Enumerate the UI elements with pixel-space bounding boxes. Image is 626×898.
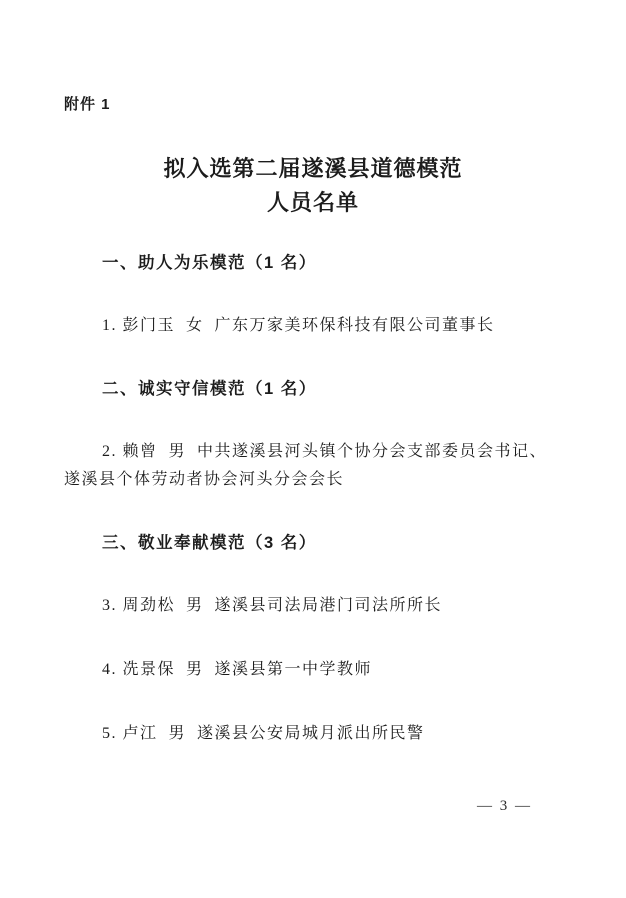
document-title: 拟入选第二届遂溪县道德模范 人员名单 [64, 152, 562, 220]
section-heading-helpfulness: 一、助人为乐模范（1 名） [64, 250, 562, 276]
document-title-line2: 人员名单 [64, 186, 562, 220]
section-heading-honesty: 二、诚实守信模范（1 名） [64, 376, 562, 402]
list-item-line: 2. 赖曾 男 中共遂溪县河头镇个协分会支部委员会书记、 [64, 438, 562, 466]
list-item-line: 4. 冼景保 男 遂溪县第一中学教师 [64, 656, 562, 684]
list-item-line: 遂溪县个体劳动者协会河头分会会长 [64, 466, 562, 494]
list-item-line: 5. 卢江 男 遂溪县公安局城月派出所民警 [64, 720, 562, 748]
list-item: 3. 周劲松 男 遂溪县司法局港门司法所所长 [64, 592, 562, 620]
list-item-line: 1. 彭门玉 女 广东万家美环保科技有限公司董事长 [64, 312, 562, 340]
section-heading-dedication: 三、敬业奉献模范（3 名） [64, 530, 562, 556]
list-item: 4. 冼景保 男 遂溪县第一中学教师 [64, 656, 562, 684]
list-item: 2. 赖曾 男 中共遂溪县河头镇个协分会支部委员会书记、 遂溪县个体劳动者协会河… [64, 438, 562, 494]
list-item-line: 3. 周劲松 男 遂溪县司法局港门司法所所长 [64, 592, 562, 620]
document-page: 附件 1 拟入选第二届遂溪县道德模范 人员名单 一、助人为乐模范（1 名） 1.… [0, 0, 626, 898]
list-item: 1. 彭门玉 女 广东万家美环保科技有限公司董事长 [64, 312, 562, 340]
document-title-line1: 拟入选第二届遂溪县道德模范 [64, 152, 562, 186]
list-item: 5. 卢江 男 遂溪县公安局城月派出所民警 [64, 720, 562, 748]
attachment-label: 附件 1 [64, 0, 562, 116]
page-number: — 3 — [0, 795, 532, 817]
